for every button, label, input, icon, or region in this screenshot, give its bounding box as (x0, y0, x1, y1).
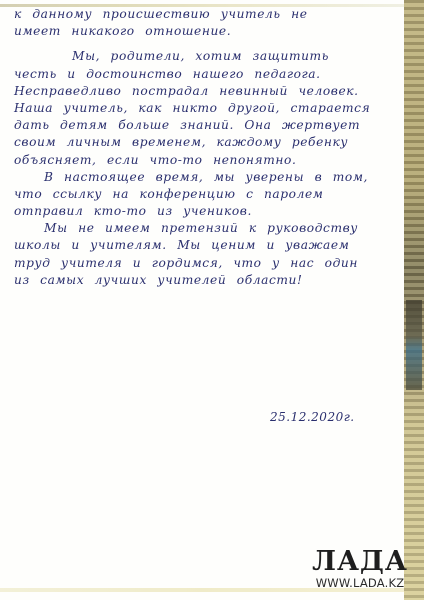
letter-line: дать детям больше знаний. Она жертвует (14, 117, 400, 134)
letter-line: В настоящее время, мы уверены в том, (14, 169, 400, 186)
letter-line: что ссылку на конференцию с паролем (14, 186, 400, 203)
letter-line: Наша учитель, как никто другой, стараетс… (14, 100, 400, 117)
watermark-logo: ЛАДА (304, 548, 416, 576)
watermark: ЛАДА WWW.LADA.KZ (304, 548, 416, 590)
letter-line: школы и учителям. Мы ценим и уважаем (14, 237, 400, 254)
letter-line: имеет никакого отношение. (14, 23, 400, 40)
letter-line: к данному происшествию учитель не (14, 6, 400, 23)
letter-date: 25.12.2020г. (270, 410, 355, 424)
letter-line: из самых лучших учителей области! (14, 272, 400, 289)
letter-line: своим личным временем, каждому ребенку (14, 134, 400, 151)
scan-background-detail (406, 300, 422, 390)
letter-line: Мы не имеем претензий к руководству (14, 220, 400, 237)
letter-line: Несправедливо пострадал невинный человек… (14, 83, 400, 100)
letter-line: труд учителя и гордимся, что у нас один (14, 255, 400, 272)
letter-line: отправил кто-то из учеников. (14, 203, 400, 220)
watermark-url: WWW.LADA.KZ (304, 576, 416, 590)
letter-line: честь и достоинство нашего педагога. (14, 66, 400, 83)
letter-line: объясняет, если что-то непонятно. (14, 152, 400, 169)
letter-body: к данному происшествию учитель не имеет … (14, 6, 400, 289)
letter-page: к данному происшествию учитель не имеет … (0, 0, 404, 600)
letter-line: Мы, родители, хотим защитить (14, 48, 400, 65)
